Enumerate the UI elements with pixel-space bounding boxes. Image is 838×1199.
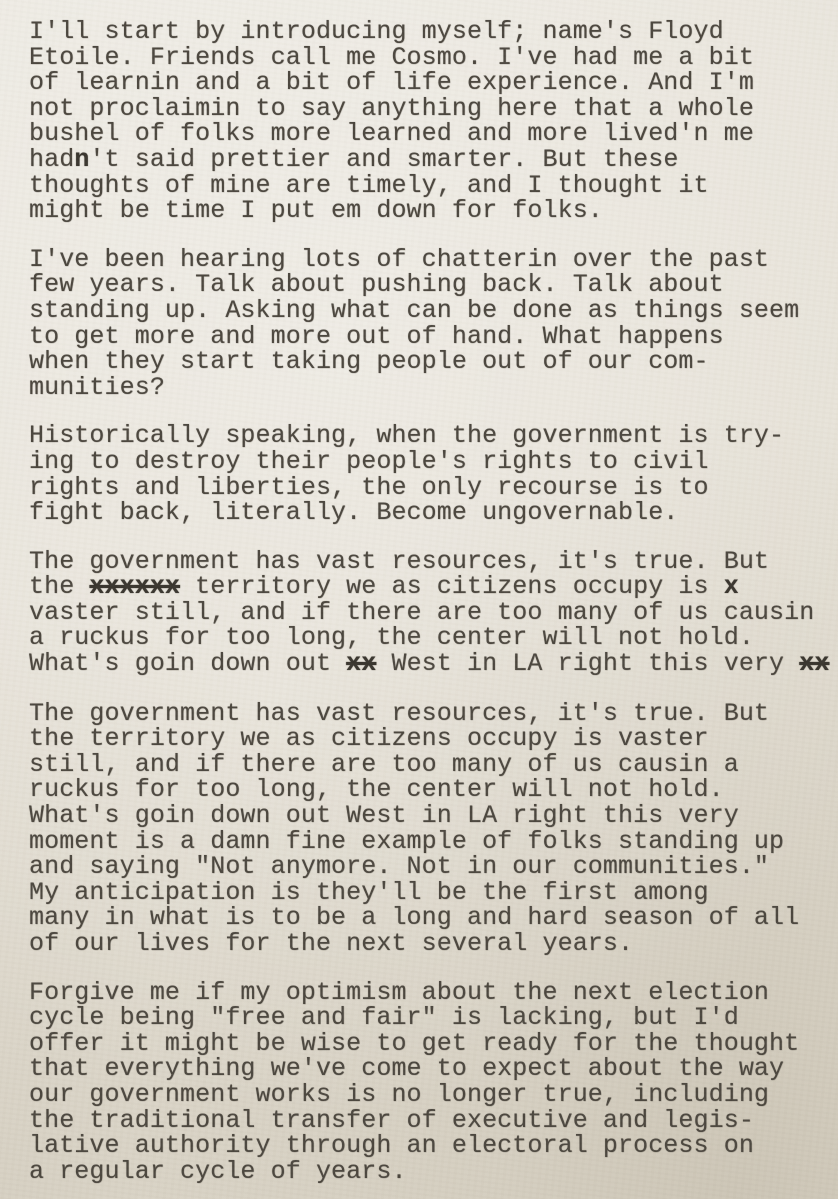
overstruck-correction: xx — [799, 649, 829, 678]
text-line: ing to destroy their people's rights to … — [29, 449, 838, 475]
text-line: the xxxxxx territory we as citizens occu… — [29, 574, 838, 600]
paragraph: I've been hearing lots of chatterin over… — [29, 247, 838, 401]
overtyped-letter: n — [74, 145, 89, 174]
text-line: bushel of folks more learned and more li… — [29, 121, 838, 147]
text-line: that everything we've come to expect abo… — [29, 1056, 838, 1082]
text-line: of our lives for the next several years. — [29, 931, 838, 957]
text-line: I'll start by introducing myself; name's… — [29, 19, 838, 45]
text-line: of learnin and a bit of life experience.… — [29, 70, 838, 96]
text-line: lative authority through an electoral pr… — [29, 1133, 838, 1159]
text-line: when they start taking people out of our… — [29, 349, 838, 375]
text-line: a regular cycle of years. — [29, 1159, 838, 1185]
text-line: What's goin down out West in LA right th… — [29, 803, 838, 829]
paragraph: Forgive me if my optimism about the next… — [29, 980, 838, 1185]
text-line: The government has vast resources, it's … — [29, 549, 838, 575]
text-line: What's goin down out xx West in LA right… — [29, 651, 838, 677]
text-line: and saying "Not anymore. Not in our comm… — [29, 854, 838, 880]
text-line: Historically speaking, when the governme… — [29, 423, 838, 449]
text-line: offer it might be wise to get ready for … — [29, 1031, 838, 1057]
text-line: to get more and more out of hand. What h… — [29, 324, 838, 350]
paragraph: The government has vast resources, it's … — [29, 701, 838, 957]
text-line: our government works is no longer true, … — [29, 1082, 838, 1108]
text-line: vaster still, and if there are too many … — [29, 600, 838, 626]
text-line: not proclaimin to say anything here that… — [29, 96, 838, 122]
text-line: moment is a damn fine example of folks s… — [29, 829, 838, 855]
text-line: My anticipation is they'll be the first … — [29, 880, 838, 906]
text-line: standing up. Asking what can be done as … — [29, 298, 838, 324]
text-line: might be time I put em down for folks. — [29, 198, 838, 224]
text-line: I've been hearing lots of chatterin over… — [29, 247, 838, 273]
text-line: the territory we as citizens occupy is v… — [29, 726, 838, 752]
overstruck-correction: xxxxxx — [89, 572, 180, 601]
photographed-page: { "document": { "kind": "typewritten-let… — [0, 0, 838, 1199]
text-line: a ruckus for too long, the center will n… — [29, 625, 838, 651]
text-line: fight back, literally. Become ungovernab… — [29, 500, 838, 526]
text-line: rights and liberties, the only recourse … — [29, 475, 838, 501]
paragraph: I'll start by introducing myself; name's… — [29, 19, 838, 224]
text-line: Etoile. Friends call me Cosmo. I've had … — [29, 45, 838, 71]
overstruck-correction: xx — [346, 649, 376, 678]
typewritten-text: I'll start by introducing myself; name's… — [29, 19, 838, 1184]
text-line: Forgive me if my optimism about the next… — [29, 980, 838, 1006]
text-line: The government has vast resources, it's … — [29, 701, 838, 727]
text-line: ruckus for too long, the center will not… — [29, 777, 838, 803]
text-line: thoughts of mine are timely, and I thoug… — [29, 173, 838, 199]
text-line: few years. Talk about pushing back. Talk… — [29, 272, 838, 298]
text-line: munities? — [29, 375, 838, 401]
text-line: cycle being "free and fair" is lacking, … — [29, 1005, 838, 1031]
text-line: still, and if there are too many of us c… — [29, 752, 838, 778]
text-line: the traditional transfer of executive an… — [29, 1108, 838, 1134]
overtyped-letter: x — [724, 572, 739, 601]
text-line: many in what is to be a long and hard se… — [29, 905, 838, 931]
paragraph: The government has vast resources, it's … — [29, 549, 838, 677]
text-line: hadn't said prettier and smarter. But th… — [29, 147, 838, 173]
paragraph: Historically speaking, when the governme… — [29, 423, 838, 525]
typewritten-page: I'll start by introducing myself; name's… — [0, 0, 838, 1199]
